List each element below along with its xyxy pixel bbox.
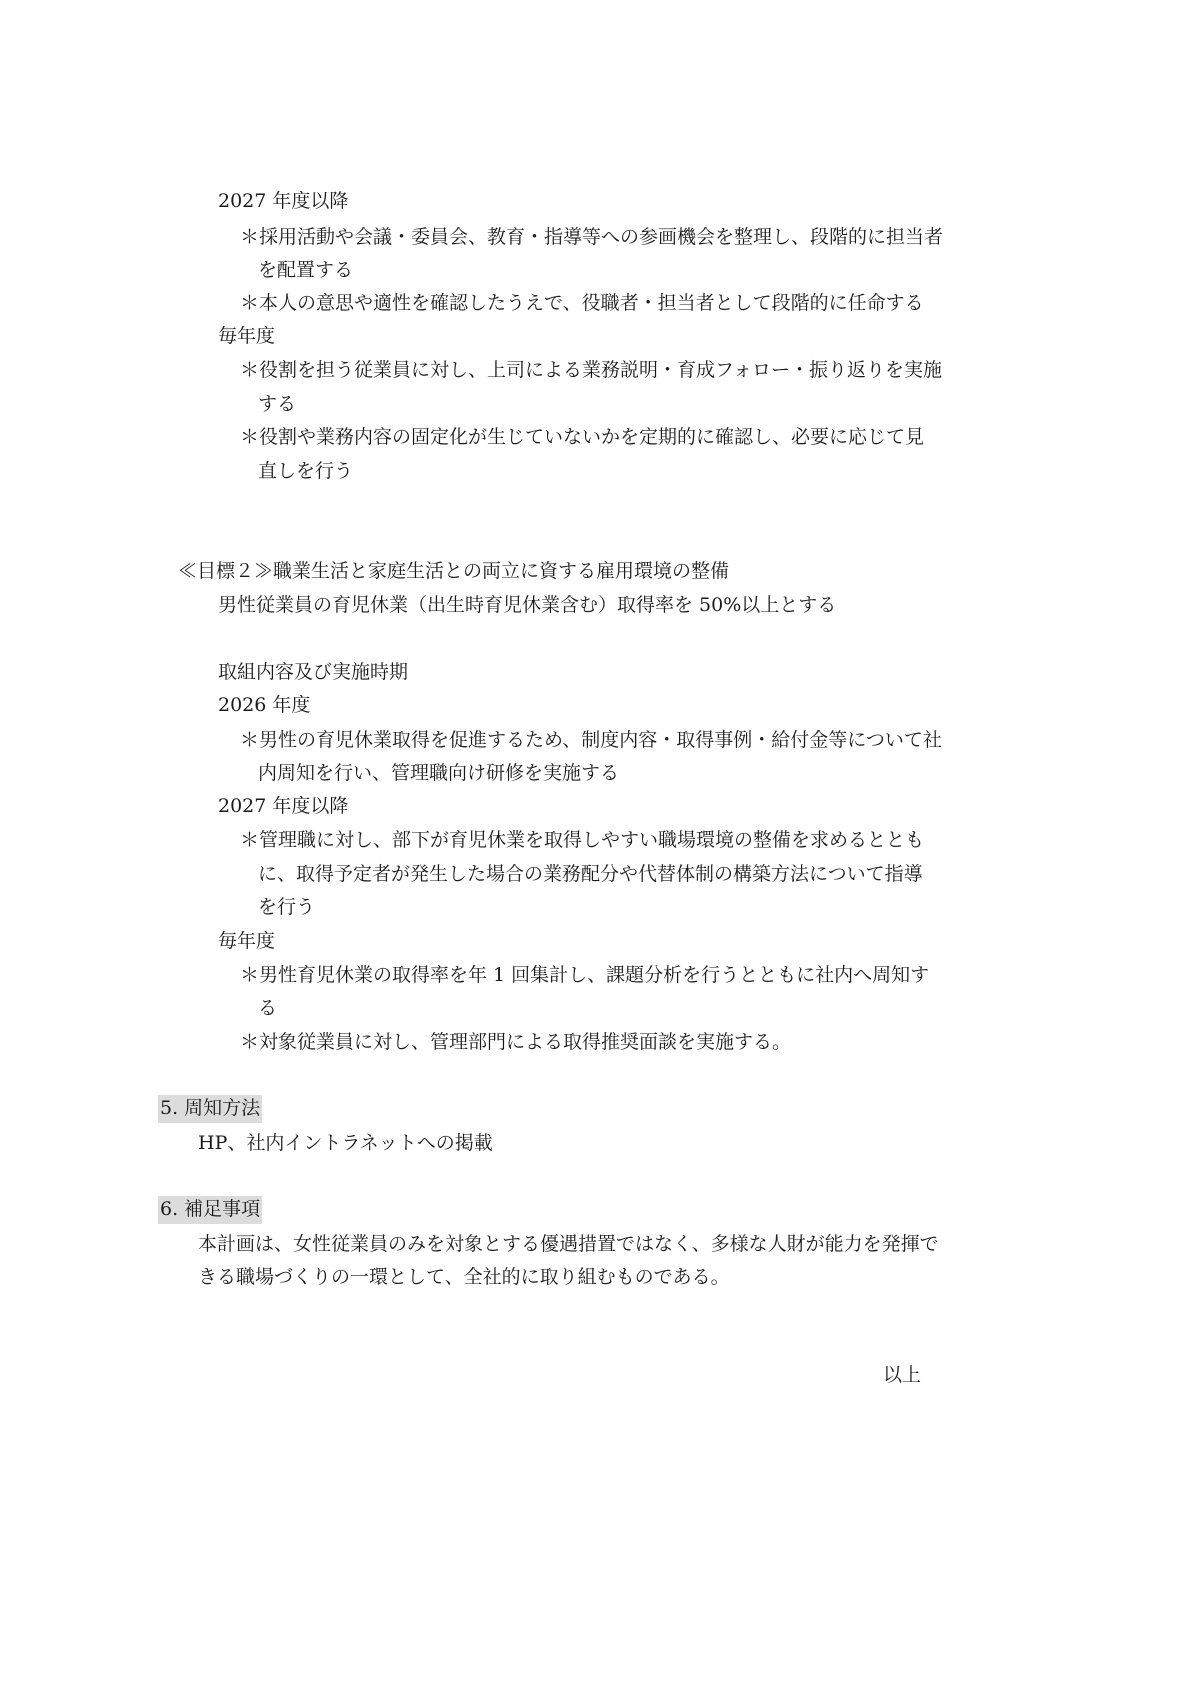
closing-mark: 以上 [883, 1362, 921, 1388]
goal2-target: 男性従業員の育児休業（出生時育児休業含む）取得率を 50%以上とする [218, 592, 836, 618]
bullet-item: ＊本人の意思や適性を確認したうえで、役職者・担当者として段階的に任命する [240, 290, 924, 316]
actions-heading: 取組内容及び実施時期 [218, 659, 408, 685]
period-label-annual: 毎年度 [218, 928, 275, 954]
bullet-item-continuation: に、取得予定者が発生した場合の業務配分や代替体制の構築方法について指導 [258, 861, 923, 887]
period-label-2027: 2027 年度以降 [218, 793, 348, 819]
bullet-item-continuation: 内周知を行い、管理職向け研修を実施する [258, 760, 619, 786]
bullet-item: ＊役割や業務内容の固定化が生じていないかを定期的に確認し、必要に応じて見 [240, 424, 924, 450]
bullet-item: ＊管理職に対し、部下が育児休業を取得しやすい職場環境の整備を求めるととも [240, 827, 924, 853]
bullet-item: ＊男性育児休業の取得率を年 1 回集計し、課題分析を行うとともに社内へ周知す [240, 962, 929, 988]
section6-body-line: 本計画は、女性従業員のみを対象とする優遇措置ではなく、多様な人財が能力を発揮で [198, 1231, 939, 1257]
section5-body: HP、社内イントラネットへの掲載 [198, 1130, 493, 1156]
section6-heading: 6. 補足事項 [158, 1196, 262, 1224]
period-label-2026: 2026 年度 [218, 692, 310, 718]
period-label-2027: 2027 年度以降 [218, 188, 348, 214]
period-label-annual: 毎年度 [218, 323, 275, 349]
section6-body-line: きる職場づくりの一環として、全社的に取り組むものである。 [198, 1264, 730, 1290]
bullet-item-continuation: る [258, 995, 277, 1021]
bullet-item-continuation: を行う [258, 894, 315, 920]
section5-heading: 5. 周知方法 [158, 1095, 262, 1123]
bullet-item: ＊役割を担う従業員に対し、上司による業務説明・育成フォロー・振り返りを実施 [240, 357, 942, 383]
bullet-item-continuation: 直しを行う [258, 458, 353, 484]
bullet-item: ＊採用活動や会議・委員会、教育・指導等への参画機会を整理し、段階的に担当者 [240, 224, 943, 250]
bullet-item: ＊対象従業員に対し、管理部門による取得推奨面談を実施する。 [240, 1029, 791, 1055]
goal2-heading: ≪目標２≫職業生活と家庭生活との両立に資する雇用環境の整備 [178, 558, 729, 584]
bullet-item-continuation: する [258, 391, 296, 417]
bullet-item-continuation: を配置する [258, 257, 353, 283]
bullet-item: ＊男性の育児休業取得を促進するため、制度内容・取得事例・給付金等について社 [240, 727, 942, 753]
